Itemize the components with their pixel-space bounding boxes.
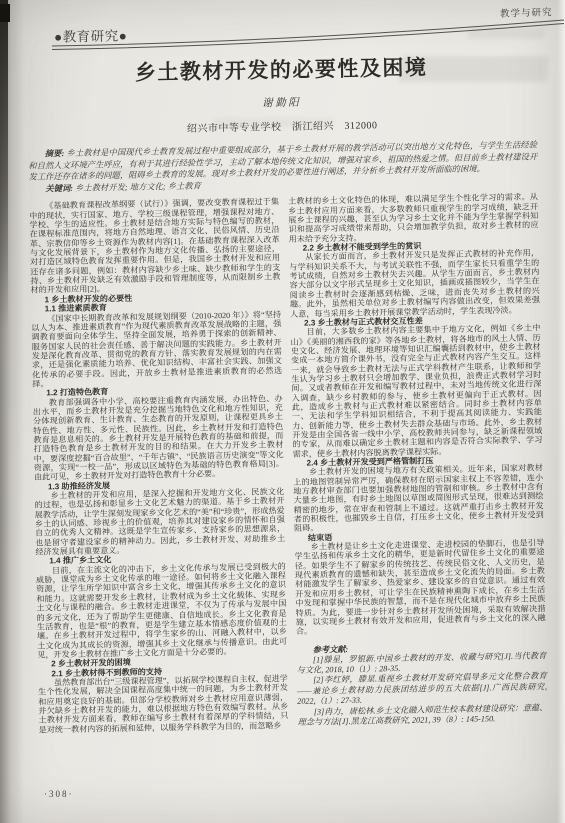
reference-item: [2]李红婷，滕星.重视乡土教材开发研究倡导多元文化整合教育——兼论乡土教材助力… [297,672,548,708]
body-paragraph: 《基础教育课程改革纲要（试行）》强调，要改变教育课程过于集中的现状，实行国家、地… [29,197,281,295]
body-paragraph: 目前，大多数乡土教材内容主要集中于地方文化，例如《乡土中山》《美丽的湘西我的家》… [290,324,542,459]
body-paragraph: 乡土教材开发的困境与地方有关政策相关。近年来，国家对教材上的地图管制异常严厉，确… [293,464,544,534]
keywords-text: 乡土教材开发; 地方文化; 乡土教育 [75,181,201,192]
body-paragraph: 乡土教材是让乡土文化走进课堂、走进校园的垫脚石，也是引导学生弘扬和传承乡土文化的… [294,538,546,636]
page-number: ·308· [44,789,74,799]
two-column-body: 《基础教育课程改革纲要（试行）》强调，要改变教育课程过于集中的现状，实行国家、地… [29,193,548,735]
abstract-label: 摘要: [45,149,65,158]
body-paragraph: 从家长方面而言，乡土教材开发只是发挥正式教材的补充作用，与学科知识关系不大，与考… [289,249,540,319]
body-paragraph: 乡土教材的开发和应用，是深入挖掘和开发地方文化、民族文化的过程，也是弘扬和彰显乡… [34,487,285,557]
right-column: 土教材的乡土文化特色的体现，难以满足学生个性化学习的需求。从乡土教材应用方面来看… [288,193,548,730]
body-paragraph: 土教材的乡土文化特色的体现，难以满足学生个性化学习的需求。从乡土教材应用方面来看… [288,193,539,244]
left-column: 《基础教育课程改革纲要（试行）》强调，要改变教育课程过于集中的现状，实行国家、地… [29,197,289,734]
body-paragraph: 《国家中长期教育改革和发展规划纲要（2010-2020 年）》将“坚持以人为本、… [31,310,282,389]
article-author: 谢勤阳 [27,90,536,114]
scanned-journal-page: 教学与研究 ●教育研究● 乡土教材开发的必要性及困境 谢勤阳 绍兴市中等专业学校… [0,0,565,823]
abstract-block: 摘要: 乡土教材是中国现代乡土教育发展过程中重要组成部分，基于乡土教材开展的教学… [28,139,538,195]
article-title: 乡土教材开发的必要性及困境 [26,49,535,88]
article-content: 乡土教材开发的必要性及困境 谢勤阳 绍兴市中等专业学校 浙江绍兴 312000 … [26,45,547,734]
body-paragraph: 教育部强调各中小学、高校要注重教育内涵发展，办出特色、办出水平，而乡土教材开发是… [33,394,284,483]
body-paragraph: 虽然教育部出台“三级课程管理”，以拓展学校课程自主权、促进学生个性化发展，解决全… [38,674,289,735]
page-right-edge [557,0,565,823]
column-section-marker: ●教育研究● [54,24,128,45]
keywords-label: 关键词: [45,184,73,194]
reference-item: [3]冉力，唐松林.乡土文化融入师范生校本教材建设研究：意蕴、理念与方法[J].… [297,703,547,728]
body-paragraph: 目前，在主流文化的冲击下，乡土文化传承与发展已受到极大的威胁，课堂成为乡土文化传… [36,562,288,660]
article-affiliation: 绍兴市中等专业学校 浙江绍兴 312000 [28,113,537,137]
journal-header: 教学与研究 [500,4,553,19]
